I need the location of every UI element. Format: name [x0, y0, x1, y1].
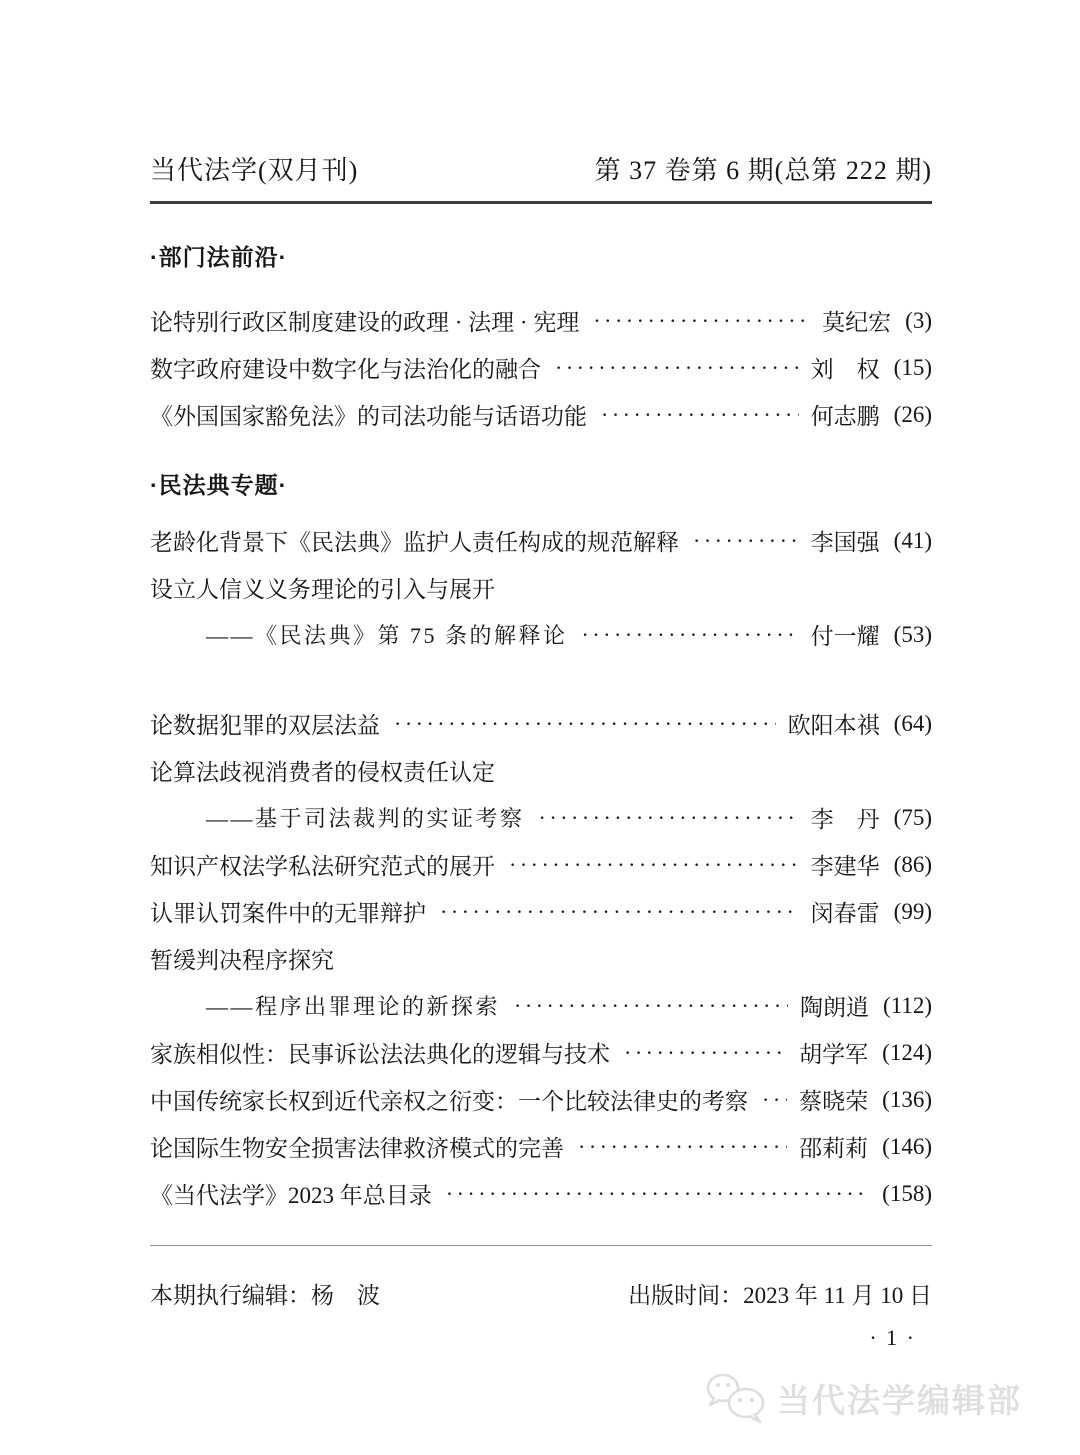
dot-leader [440, 899, 799, 925]
toc-entry-title-line: 暂缓判决程序探究 [150, 935, 932, 982]
article-page: (75) [894, 805, 932, 831]
article-subtitle: ——《民法典》第 75 条的解释论 [150, 619, 568, 650]
section-header-minfadian: ·民法典专题· [150, 462, 932, 509]
article-page: (158) [882, 1181, 932, 1207]
footer-rule [150, 1245, 932, 1246]
article-author: 邵莉莉 [799, 1130, 868, 1163]
article-page: (112) [883, 993, 932, 1019]
watermark-label: 当代法学编辑部 [777, 1375, 1022, 1422]
article-title: 数字政府建设中数字化与法治化的融合 [150, 351, 541, 384]
article-author: 李 丹 [811, 801, 880, 834]
dot-leader [539, 805, 799, 831]
toc-entry: 中国传统家长权到近代亲权之衍变：一个比较法律史的考察 蔡晓荣 (136) [150, 1076, 932, 1123]
toc-entry: 数字政府建设中数字化与法治化的融合 刘 权 (15) [150, 344, 932, 391]
dot-leader [578, 1134, 787, 1160]
article-author: 李建华 [811, 848, 880, 881]
article-author: 欧阳本祺 [788, 707, 880, 740]
publish-date: 出版时间：2023 年 11 月 10 日 [628, 1277, 932, 1310]
article-title: 论数据犯罪的双层法益 [150, 707, 380, 740]
article-author: 陶朗逍 [800, 989, 869, 1022]
article-title: 论算法歧视消费者的侵权责任认定 [150, 754, 495, 787]
footer: 本期执行编辑：杨 波 出版时间：2023 年 11 月 10 日 [150, 1270, 932, 1317]
toc-entry-title-line: 论算法歧视消费者的侵权责任认定 [150, 747, 932, 794]
toc-entry: 知识产权法学私法研究范式的展开 李建华 (86) [150, 841, 932, 888]
article-page: (136) [882, 1087, 932, 1113]
masthead: 当代法学(双月刊) 第 37 卷第 6 期(总第 222 期) [150, 0, 932, 187]
dot-leader [762, 1087, 787, 1113]
article-title: 认罪认罚案件中的无罪辩护 [150, 895, 426, 928]
dot-leader [514, 993, 788, 1019]
article-author: 莫纪宏 [822, 304, 891, 337]
dot-leader [509, 852, 799, 878]
toc-entry-subtitle-line: ——《民法典》第 75 条的解释论 付一耀 (53) [150, 611, 932, 658]
journal-title: 当代法学(双月刊) [150, 150, 358, 187]
article-page: (26) [894, 402, 932, 428]
toc-entry: 论国际生物安全损害法律救济模式的完善 邵莉莉 (146) [150, 1123, 932, 1170]
article-author: 付一耀 [811, 618, 880, 651]
editor-info: 本期执行编辑：杨 波 [150, 1277, 380, 1310]
article-subtitle: ——基于司法裁判的实证考察 [150, 802, 525, 833]
article-page: (64) [894, 711, 932, 737]
article-author: 蔡晓荣 [799, 1083, 868, 1116]
dot-leader [555, 355, 799, 381]
article-page: (99) [894, 899, 932, 925]
toc-entry-subtitle-line: ——基于司法裁判的实证考察 李 丹 (75) [150, 794, 932, 841]
wechat-icon [705, 1372, 767, 1424]
article-title: 暂缓判决程序探究 [150, 942, 334, 975]
article-author: 闵春雷 [811, 895, 880, 928]
article-page: (3) [905, 308, 932, 334]
dot-leader [394, 711, 776, 737]
wechat-watermark: 当代法学编辑部 [705, 1372, 1022, 1424]
journal-toc-page: 当代法学(双月刊) 第 37 卷第 6 期(总第 222 期) ·部门法前沿· … [0, 0, 1080, 1455]
article-author: 李国强 [811, 524, 880, 557]
toc-entry: 认罪认罚案件中的无罪辩护 闵春雷 (99) [150, 888, 932, 935]
header-rule [150, 201, 932, 204]
article-subtitle: ——程序出罪理论的新探索 [150, 990, 500, 1021]
article-page: (53) [894, 622, 932, 648]
toc-entry: 老龄化背景下《民法典》监护人责任构成的规范解释 李国强 (41) [150, 517, 932, 564]
article-title: 老龄化背景下《民法典》监护人责任构成的规范解释 [150, 524, 679, 557]
article-title: 知识产权法学私法研究范式的展开 [150, 848, 495, 881]
article-title: 《外国国家豁免法》的司法功能与话语功能 [150, 398, 587, 431]
dot-leader [624, 1040, 787, 1066]
article-author: 胡学军 [799, 1036, 868, 1069]
article-title: 家族相似性：民事诉讼法法典化的逻辑与技术 [150, 1036, 610, 1069]
dot-leader [593, 308, 810, 334]
article-page: (86) [894, 852, 932, 878]
issue-info: 第 37 卷第 6 期(总第 222 期) [595, 150, 932, 187]
section-header-bumenfa: ·部门法前沿· [150, 234, 932, 281]
article-page: (146) [882, 1134, 932, 1160]
article-title: 论国际生物安全损害法律救济模式的完善 [150, 1130, 564, 1163]
dot-leader [601, 402, 799, 428]
article-page: (124) [882, 1040, 932, 1066]
toc-entry-title-line: 设立人信义义务理论的引入与展开 [150, 564, 932, 611]
article-page: (15) [894, 355, 932, 381]
toc-entry: 论数据犯罪的双层法益 欧阳本祺 (64) [150, 700, 932, 747]
article-page: (41) [894, 528, 932, 554]
article-title: 设立人信义义务理论的引入与展开 [150, 571, 495, 604]
toc-entry: 《当代法学》2023 年总目录 (158) [150, 1170, 932, 1217]
article-title: 中国传统家长权到近代亲权之衍变：一个比较法律史的考察 [150, 1083, 748, 1116]
article-author: 何志鹏 [811, 398, 880, 431]
article-author: 刘 权 [811, 351, 880, 384]
toc-entry: 论特别行政区制度建设的政理 · 法理 · 宪理 莫纪宏 (3) [150, 297, 932, 344]
toc-entry-subtitle-line: ——程序出罪理论的新探索 陶朗逍 (112) [150, 982, 932, 1029]
dot-leader [693, 528, 799, 554]
article-title: 《当代法学》2023 年总目录 [150, 1177, 432, 1210]
dot-leader [446, 1181, 870, 1207]
toc-entry: 家族相似性：民事诉讼法法典化的逻辑与技术 胡学军 (124) [150, 1029, 932, 1076]
article-title: 论特别行政区制度建设的政理 · 法理 · 宪理 [150, 304, 579, 337]
toc-entry: 《外国国家豁免法》的司法功能与话语功能 何志鹏 (26) [150, 391, 932, 438]
dot-leader [582, 622, 799, 648]
page-number: · 1 · [150, 1317, 932, 1359]
